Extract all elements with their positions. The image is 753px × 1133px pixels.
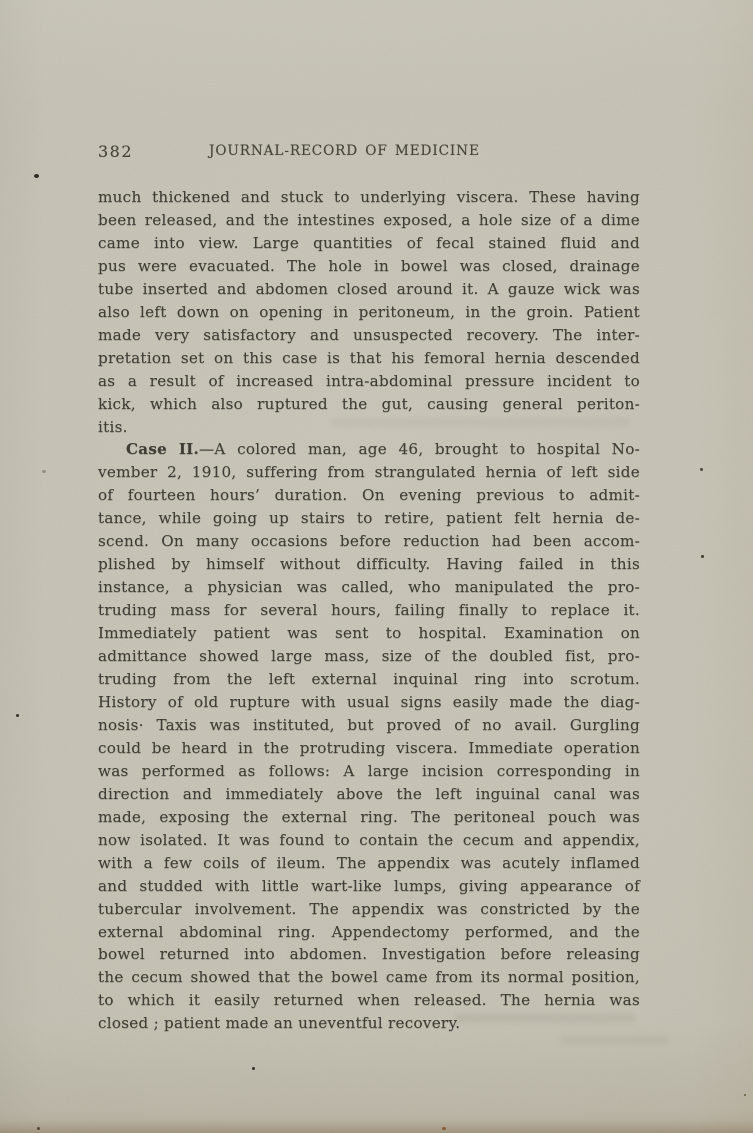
text-line: direction and immediately above the left… — [98, 783, 640, 806]
ink-speck — [701, 555, 704, 558]
text-line: made very satisfactory and unsuspected r… — [98, 324, 640, 347]
text-line: Case II.—A colored man, age 46, brought … — [98, 438, 640, 461]
text-line: itis. — [98, 416, 640, 439]
text-line: with a few coils of ileum. The appendix … — [98, 852, 640, 875]
text-line: tance, while going up stairs to retire, … — [98, 507, 640, 530]
ink-speck — [252, 1067, 255, 1070]
text-line: kick, which also ruptured the gut, causi… — [98, 393, 640, 416]
journal-title: JOURNAL-RECORD OF MEDICINE — [209, 143, 480, 159]
ink-speck — [42, 470, 46, 473]
case-heading: Case II. — [126, 440, 199, 458]
text-line: vember 2, 1910, suffering from strangula… — [98, 461, 640, 484]
text-line: admittance showed large mass, size of th… — [98, 645, 640, 668]
text-line: as a result of increased intra-abdominal… — [98, 370, 640, 393]
paragraph: much thickened and stuck to underlying v… — [98, 186, 640, 438]
body-text: much thickened and stuck to underlying v… — [98, 186, 640, 1035]
text-line: been released, and the intestines expose… — [98, 209, 640, 232]
text-line: nosis· Taxis was instituted, but proved … — [98, 714, 640, 737]
text-line: scend. On many occasions before reductio… — [98, 530, 640, 553]
ink-speck — [700, 468, 703, 471]
scanned-page: 382 JOURNAL-RECORD OF MEDICINE much thic… — [0, 0, 753, 1133]
paragraph: Case II.—A colored man, age 46, brought … — [98, 438, 640, 1035]
text-line: was performed as follows: A large incisi… — [98, 760, 640, 783]
text-line: truding mass for several hours, failing … — [98, 599, 640, 622]
text-line: made, exposing the external ring. The pe… — [98, 806, 640, 829]
text-line: much thickened and stuck to underlying v… — [98, 186, 640, 209]
text-line: History of old rupture with usual signs … — [98, 691, 640, 714]
text-line: could be heard in the protruding viscera… — [98, 737, 640, 760]
show-through-mark — [560, 1036, 670, 1044]
page-number: 382 — [98, 142, 133, 161]
text-line: tube inserted and abdomen closed around … — [98, 278, 640, 301]
ink-speck — [34, 174, 39, 178]
ink-speck — [744, 1094, 746, 1096]
text-line: closed ; patient made an uneventful reco… — [98, 1012, 640, 1035]
text-line: and studded with little wart-like lumps,… — [98, 875, 640, 898]
ink-speck — [37, 1127, 40, 1130]
text-line: to which it easily returned when release… — [98, 989, 640, 1012]
text-line: came into view. Large quantities of feca… — [98, 232, 640, 255]
text-line: truding from the left external inquinal … — [98, 668, 640, 691]
text-line: tubercular involvement. The appendix was… — [98, 898, 640, 921]
text-line: external abdominal ring. Appendectomy pe… — [98, 921, 640, 944]
text-line: Immediately patient was sent to hospital… — [98, 622, 640, 645]
text-line: pretation set on this case is that his f… — [98, 347, 640, 370]
page-bottom-shadow — [0, 1120, 753, 1133]
text-line: plished by himself without difficulty. H… — [98, 553, 640, 576]
ink-speck — [442, 1127, 446, 1130]
text-line: the cecum showed that the bowel came fro… — [98, 966, 640, 989]
text-line: now isolated. It was found to contain th… — [98, 829, 640, 852]
text-line: also left down on opening in peritoneum,… — [98, 301, 640, 324]
text-line: pus were evacuated. The hole in bowel wa… — [98, 255, 640, 278]
ink-speck — [16, 714, 19, 717]
text-line: bowel returned into abdomen. Investigati… — [98, 943, 640, 966]
running-header: 382 JOURNAL-RECORD OF MEDICINE — [0, 140, 753, 164]
text-line: of fourteen hours’ duration. On evening … — [98, 484, 640, 507]
text-line: instance, a physician was called, who ma… — [98, 576, 640, 599]
